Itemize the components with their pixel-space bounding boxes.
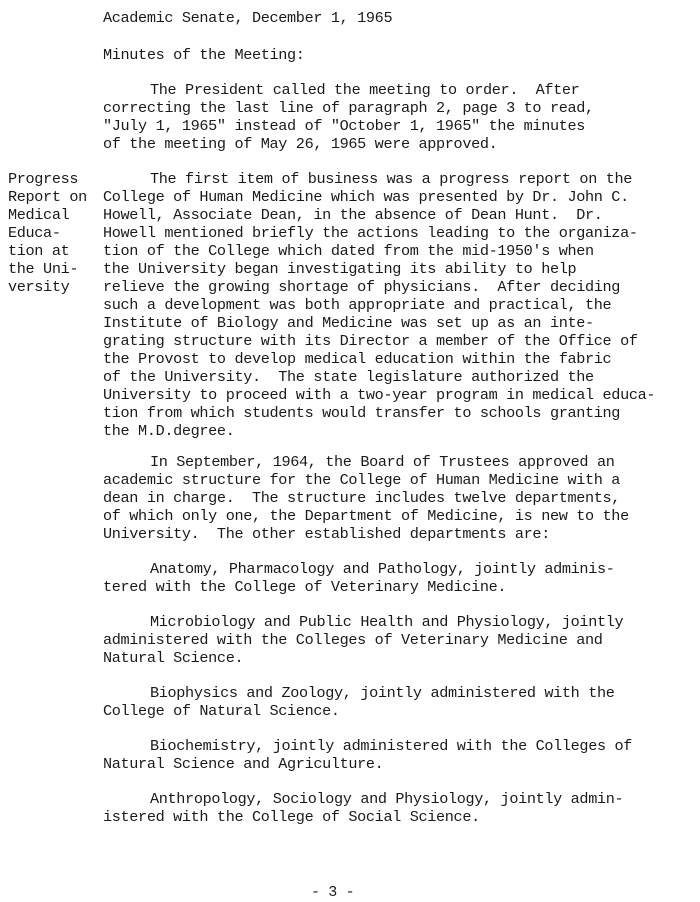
margin-note-line: Educa- xyxy=(8,224,61,242)
margin-note-line: the Uni- xyxy=(8,260,78,278)
paragraph-line: University to proceed with a two-year pr… xyxy=(103,386,655,404)
paragraph-line: relieve the growing shortage of physicia… xyxy=(103,278,620,296)
paragraph-line: tered with the College of Veterinary Med… xyxy=(103,578,506,596)
paragraph-line: academic structure for the College of Hu… xyxy=(103,471,620,489)
margin-note-line: Medical xyxy=(8,206,69,224)
paragraph-line: Institute of Biology and Medicine was se… xyxy=(103,314,594,332)
paragraph-line: Anatomy, Pharmacology and Pathology, joi… xyxy=(150,560,615,578)
paragraph-line: correcting the last line of paragraph 2,… xyxy=(103,99,594,117)
paragraph-line: Howell mentioned briefly the actions lea… xyxy=(103,224,638,242)
paragraph-line: such a development was both appropriate … xyxy=(103,296,611,314)
paragraph-line: The President called the meeting to orde… xyxy=(150,81,579,99)
paragraph-line: istered with the College of Social Scien… xyxy=(103,808,480,826)
paragraph-line: Natural Science. xyxy=(103,649,243,667)
paragraph-line: administered with the Colleges of Veteri… xyxy=(103,631,603,649)
paragraph-line: College of Natural Science. xyxy=(103,702,340,720)
page-number: - 3 - xyxy=(311,884,354,902)
paragraph-line: Howell, Associate Dean, in the absence o… xyxy=(103,206,603,224)
paragraph-line: of the University. The state legislature… xyxy=(103,368,594,386)
margin-note-line: tion at xyxy=(8,242,69,260)
section-heading: Minutes of the Meeting: xyxy=(103,46,305,64)
margin-note-line: Progress xyxy=(8,170,78,188)
paragraph-line: Natural Science and Agriculture. xyxy=(103,755,383,773)
paragraph-line: Biochemistry, jointly administered with … xyxy=(150,737,632,755)
margin-note-line: versity xyxy=(8,278,69,296)
margin-note-line: Report on xyxy=(8,188,87,206)
paragraph-line: the University began investigating its a… xyxy=(103,260,576,278)
paragraph-line: In September, 1964, the Board of Trustee… xyxy=(150,453,615,471)
paragraph-line: Biophysics and Zoology, jointly administ… xyxy=(150,684,615,702)
paragraph-line: the Provost to develop medical education… xyxy=(103,350,611,368)
paragraph-line: dean in charge. The structure includes t… xyxy=(103,489,620,507)
paragraph-line: of the meeting of May 26, 1965 were appr… xyxy=(103,135,497,153)
paragraph-line: Microbiology and Public Health and Physi… xyxy=(150,613,623,631)
paragraph-line: tion of the College which dated from the… xyxy=(103,242,594,260)
paragraph-line: College of Human Medicine which was pres… xyxy=(103,188,629,206)
document-header: Academic Senate, December 1, 1965 xyxy=(103,9,392,27)
paragraph-line: the M.D.degree. xyxy=(103,422,234,440)
paragraph-line: grating structure with its Director a me… xyxy=(103,332,638,350)
paragraph-line: of which only one, the Department of Med… xyxy=(103,507,629,525)
paragraph-line: "July 1, 1965" instead of "October 1, 19… xyxy=(103,117,585,135)
paragraph-line: The first item of business was a progres… xyxy=(150,170,632,188)
paragraph-line: Anthropology, Sociology and Physiology, … xyxy=(150,790,623,808)
paragraph-line: tion from which students would transfer … xyxy=(103,404,620,422)
document-page: Academic Senate, December 1, 1965 Minute… xyxy=(0,0,700,902)
paragraph-line: University. The other established depart… xyxy=(103,525,550,543)
